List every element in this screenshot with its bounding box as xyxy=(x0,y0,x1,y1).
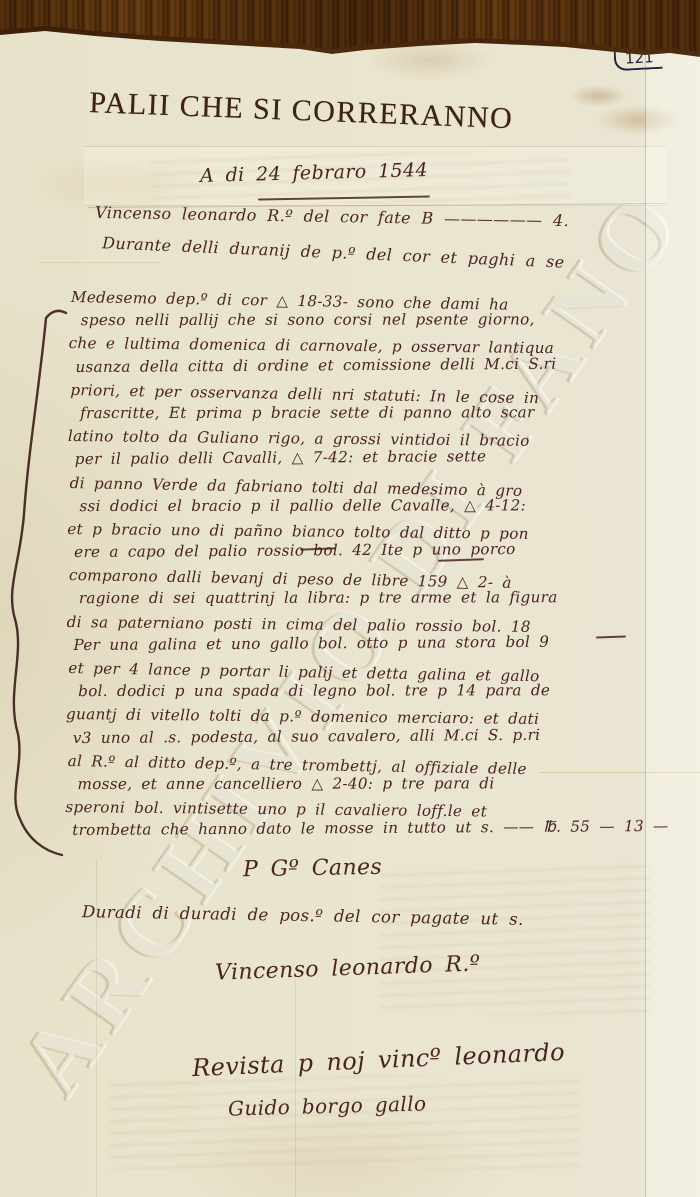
entry-line-depositary: Vincenso leonardo R.º del cor fate B ———… xyxy=(95,203,569,230)
manuscript-line: ere a capo del palio rossio bol. 42 Ite … xyxy=(74,539,651,566)
manuscript-line: v3 uno al .s. podesta, al suo cavalero, … xyxy=(73,725,650,752)
entry-line-order: Durante delli duranij de p.º del cor et … xyxy=(102,233,565,271)
underlying-page-strip xyxy=(646,40,700,1197)
show-through-text xyxy=(380,865,650,1015)
crease-line xyxy=(40,262,160,263)
manuscript-photo: ARCHIVIO DI FANO 121 PALII CHE SI CORRER… xyxy=(0,0,700,1197)
manuscript-page: ARCHIVIO DI FANO 121 PALII CHE SI CORRER… xyxy=(0,0,700,1197)
manuscript-line: frascritte, Et prima p bracie sette di p… xyxy=(80,403,652,427)
manuscript-line: trombetta che hanno dato le mosse in tut… xyxy=(72,817,649,844)
page-title: PALII CHE SI CORRERANNO xyxy=(89,86,615,140)
manuscript-line: Per una galina et uno gallo bol. otto p … xyxy=(73,632,650,659)
manuscript-line: ragione di sei quattrinj la libra: p tre… xyxy=(79,589,651,613)
manuscript-line: ssi dodici el bracio p il pallio delle C… xyxy=(79,496,651,520)
show-through-text xyxy=(110,1075,580,1170)
chancellor-mark: P Gº Canes xyxy=(243,855,383,882)
manuscript-line: usanza della citta di ordine et comissio… xyxy=(75,354,652,381)
manuscript-line: speso nelli pallij che si sono corsi nel… xyxy=(81,310,653,334)
account-paragraph: Medesemo dep.º di cor △ 18-33- sono che … xyxy=(64,288,653,849)
margin-brace-mark xyxy=(0,302,74,868)
manuscript-line: bol. dodici p una spada di legno bol. tr… xyxy=(78,681,650,705)
manuscript-line: per il palio delli Cavalli, △ 7-42: et b… xyxy=(75,446,652,473)
manuscript-line: mosse, et anne cancelliero △ 2-40: p tre… xyxy=(77,774,649,798)
